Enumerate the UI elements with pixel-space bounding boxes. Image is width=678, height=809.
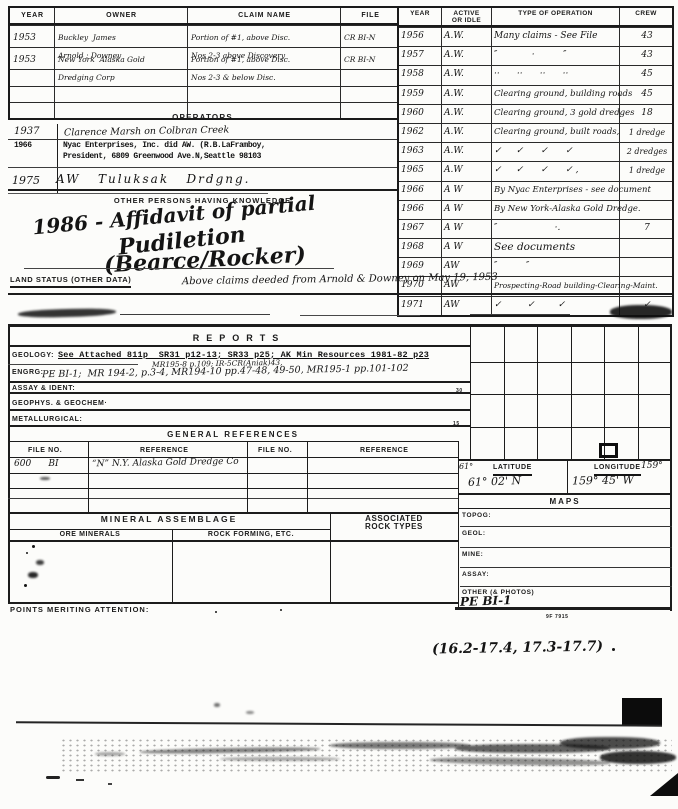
scan-artifact	[215, 611, 217, 613]
col-reference: REFERENCE	[140, 447, 189, 455]
longitude-value: 159° 45' W	[572, 473, 634, 487]
scan-artifact	[16, 721, 662, 726]
table-row: 1966A WBy Nyac Enterprises - see documen…	[399, 181, 672, 200]
status-value: A.W.	[442, 105, 491, 122]
rule	[458, 459, 672, 461]
rule	[537, 326, 538, 460]
file-value: CR BI-N	[344, 33, 375, 42]
operation-value: ✓ ✓ ✓	[492, 297, 619, 314]
scan-artifact	[120, 314, 270, 315]
rule	[460, 526, 672, 527]
scan-artifact	[32, 545, 35, 548]
rule	[460, 586, 672, 587]
rule	[330, 513, 331, 603]
col-type-of-operation: TYPE OF OPERATION	[492, 8, 620, 25]
rule	[571, 326, 572, 460]
rule	[8, 167, 397, 168]
reference-file-no: 600 BI	[14, 459, 59, 469]
rule	[460, 547, 672, 548]
rule	[458, 493, 672, 495]
scan-artifact-corner-triangle	[650, 773, 678, 796]
scan-artifact	[610, 305, 672, 319]
scan-artifact	[24, 584, 27, 587]
col-crew: CREW	[620, 8, 672, 25]
operation-value: Clearing ground, 3 gold dredges	[492, 105, 619, 122]
file-value: CR BI-N	[344, 55, 375, 64]
year-value: 1953	[13, 55, 36, 65]
operation-value: ″ · ″	[492, 47, 619, 64]
table-row: 1959A.W.Clearing ground, building roads4…	[399, 85, 672, 104]
rule	[8, 193, 268, 194]
year-value: 1956	[399, 28, 441, 45]
col-file-no: FILE NO.	[28, 447, 62, 455]
col-owner: OWNER	[55, 8, 188, 23]
checkbox-mark	[599, 443, 618, 458]
rule	[470, 427, 672, 428]
scan-artifact	[300, 315, 420, 316]
operation-value: ″ ·.	[492, 220, 619, 237]
table-row: 1953 Buckley JamesArnold ; Downey Portio…	[10, 25, 399, 47]
year-value: 1962	[399, 124, 441, 141]
table-row: 1958A.W.·· ·· ·· ··45	[399, 65, 672, 84]
operation-value: Many claims - See File	[492, 28, 619, 45]
associated-rock-types-header: ASSOCIATEDROCK TYPES	[330, 515, 458, 531]
operation-value: ″ ″	[492, 258, 619, 275]
rule	[24, 268, 334, 269]
crew-value: 45	[620, 86, 672, 103]
geology-label: GEOLOGY:	[12, 352, 54, 360]
status-value: A.W.	[442, 47, 491, 64]
rule	[8, 441, 458, 442]
rule	[460, 567, 672, 568]
table-row-empty	[10, 86, 399, 102]
year-value: 1960	[399, 105, 441, 122]
general-references-title: GENERAL REFERENCES	[8, 431, 458, 439]
crew-value: 43	[620, 28, 672, 45]
rule	[172, 529, 173, 603]
col-ore-minerals: ORE MINERALS	[8, 531, 172, 539]
scan-artifact	[220, 757, 340, 761]
rule	[8, 189, 397, 191]
rule	[8, 473, 458, 474]
col-year: YEAR	[10, 8, 55, 23]
col-rock-forming: ROCK FORMING, ETC.	[172, 531, 330, 539]
table-row: 1957A.W.″ · ″43	[399, 46, 672, 65]
scan-artifact	[280, 609, 282, 611]
claims-table: YEAR OWNER CLAIM NAME FILE 1953 Buckley …	[8, 6, 399, 120]
operation-value: By New York-Alaska Gold Dredge.	[492, 201, 619, 218]
operator-entry: Clarence Marsh on Colbran Creek	[64, 125, 229, 139]
status-value: A.W.	[442, 66, 491, 83]
rule	[458, 508, 672, 509]
col-claim-name: CLAIM NAME	[188, 8, 341, 23]
status-value: A.W.	[442, 28, 491, 45]
col-file: FILE	[341, 8, 399, 23]
table-row: 1965A.W✓ ✓ ✓ ✓ ,1 dredge	[399, 161, 672, 180]
year-value: 1965	[399, 162, 441, 179]
status-value: A.W.	[442, 86, 491, 103]
rule	[8, 324, 10, 604]
latitude-margin-note: 61°	[459, 462, 473, 471]
scan-artifact	[600, 751, 676, 764]
metallurgical-label: METALLURGICAL:	[12, 416, 82, 424]
table-row: 1953 New York Alaska GoldDredging Corp P…	[10, 47, 399, 69]
col-active-or-idle: ACTIVEOR IDLE	[442, 8, 492, 25]
table-row: 1967A W″ ·.7	[399, 219, 672, 238]
crew-value: 45	[620, 66, 672, 83]
scan-artifact	[560, 737, 660, 749]
scan-artifact	[26, 552, 28, 554]
rule	[8, 381, 470, 383]
maps-section-title: MAPS	[458, 498, 672, 506]
rule	[8, 324, 672, 327]
operation-value: Clearing ground, building roads	[492, 86, 619, 103]
mineral-assemblage-title: MINERAL ASSEMBLAGE	[8, 515, 330, 523]
year-value: 1953	[13, 33, 36, 43]
operator-year: 1937	[14, 126, 39, 137]
crew-value: 1 dredge	[620, 162, 672, 179]
scan-artifact	[108, 783, 112, 785]
rule	[8, 345, 471, 347]
scan-artifact	[330, 742, 470, 749]
scan-artifact	[28, 572, 38, 578]
rule	[8, 498, 458, 499]
rule	[247, 441, 248, 512]
rule	[8, 529, 330, 530]
rule	[504, 326, 505, 460]
rule	[88, 441, 89, 512]
table-row: 1960A.W.Clearing ground, 3 gold dredges1…	[399, 104, 672, 123]
rule	[307, 441, 308, 512]
reference-value: “N” N.Y. Alaska Gold Dredge Co	[92, 457, 239, 470]
rule	[470, 326, 471, 460]
engrg-label: ENGRG:	[12, 369, 44, 377]
status-value: A W	[442, 182, 491, 199]
operation-value: ✓ ✓ ✓ ✓ ,	[492, 162, 619, 179]
scan-artifact	[470, 314, 570, 315]
crew-value: 18	[620, 105, 672, 122]
status-value: A.W.	[442, 143, 491, 160]
col-year: YEAR	[399, 8, 442, 25]
claims-table-header: YEAR OWNER CLAIM NAME FILE	[10, 8, 399, 25]
operations-table: YEAR ACTIVEOR IDLE TYPE OF OPERATION CRE…	[397, 6, 674, 317]
crew-value: 7	[620, 220, 672, 237]
scanned-mining-record-form: YEAR OWNER CLAIM NAME FILE 1953 Buckley …	[0, 0, 678, 809]
operation-value: Clearing ground, built roads,	[492, 124, 619, 141]
rule	[638, 326, 639, 460]
rule	[8, 293, 672, 295]
engrg-value: PE BI-1; MR 194-2, p.3-4, MR194-10 pp.47…	[42, 363, 409, 380]
reports-section-title: REPORTS	[8, 334, 470, 342]
operation-value: ✓ ✓ ✓ ✓	[492, 143, 619, 160]
scan-artifact-block	[622, 698, 662, 726]
status-value: A W	[442, 220, 491, 237]
scan-artifact	[18, 308, 116, 319]
latitude-value: 61° 02' N	[468, 474, 522, 489]
rule	[8, 488, 458, 489]
year-value: 1968	[399, 239, 441, 256]
rule	[8, 364, 138, 365]
operation-value: See documents	[492, 239, 619, 256]
crew-value: 1 dredge	[620, 124, 672, 141]
status-value: A W	[442, 201, 491, 218]
scan-artifact	[246, 711, 254, 714]
form-number: 9F 7915	[546, 613, 569, 621]
rule	[8, 392, 470, 394]
operation-value: Prospecting-Road building-Clearing-Maint…	[492, 277, 619, 294]
geol-label: GEOL:	[462, 530, 486, 538]
geophys-geochem-label: GEOPHYS. & GEOCHEM·	[12, 400, 107, 408]
rule	[567, 459, 568, 494]
operations-table-header: YEAR ACTIVEOR IDLE TYPE OF OPERATION CRE…	[399, 8, 672, 27]
rule	[470, 362, 672, 363]
col-reference: REFERENCE	[360, 447, 409, 455]
rule	[8, 540, 458, 542]
year-value: 1966	[399, 201, 441, 218]
rule	[8, 139, 397, 140]
year-value: 1958	[399, 66, 441, 83]
scan-artifact	[76, 779, 84, 781]
table-row: 1968A WSee documents	[399, 238, 672, 257]
year-value: 1957	[399, 47, 441, 64]
operator-entry-line1: Nyac Enterprises, Inc. did AW. (R.B.LaFr…	[63, 141, 265, 151]
status-value: A.W.	[442, 124, 491, 141]
topog-label: TOPOG:	[462, 512, 491, 520]
points-meriting-attention-label: POINTS MERITING ATTENTION:	[10, 606, 149, 614]
mine-label: MINE:	[462, 551, 483, 559]
crew-value: 43	[620, 47, 672, 64]
operation-value: ·· ·· ·· ··	[492, 66, 619, 83]
year-value: 1959	[399, 86, 441, 103]
rule	[470, 394, 672, 395]
crew-value: 2 dredges	[620, 143, 672, 160]
rule	[8, 409, 470, 411]
longitude-margin-note: 159°	[641, 461, 663, 471]
col-file-no: FILE NO.	[258, 447, 292, 455]
table-row-empty	[10, 69, 399, 86]
operator-year: 1966	[14, 141, 32, 151]
operators-section-title: OPERATORS	[8, 114, 397, 122]
year-value: 1963	[399, 143, 441, 160]
rule	[8, 602, 458, 604]
land-status-label: LAND STATUS (OTHER DATA)	[10, 276, 131, 288]
operator-year: 1975	[12, 174, 40, 187]
scan-artifact	[46, 776, 60, 779]
scan-artifact	[95, 752, 125, 756]
rule	[604, 326, 605, 460]
scan-artifact	[40, 477, 50, 480]
table-row: 1956A.W.Many claims - See File43	[399, 27, 672, 46]
scan-artifact	[612, 648, 615, 651]
rule	[455, 607, 672, 610]
scan-artifact	[214, 703, 220, 707]
year-value: 1967	[399, 220, 441, 237]
status-value: A.W	[442, 162, 491, 179]
handwritten-bottom-note: (16.2-17.4, 17.3-17.7)	[432, 639, 603, 658]
operator-entry: AW Tuluksak Drdgng.	[56, 172, 251, 186]
operation-value: By Nyac Enterprises - see document	[492, 182, 619, 199]
table-row: 1963A.W.✓ ✓ ✓ ✓2 dredges	[399, 142, 672, 161]
assay-label: ASSAY:	[462, 571, 489, 579]
table-row: 1962A.W.Clearing ground, built roads,1 d…	[399, 123, 672, 142]
table-row: 1966A WBy New York-Alaska Gold Dredge.	[399, 200, 672, 219]
operator-entry-line2: President, 6809 Greenwood Ave.N,Seattle …	[63, 152, 261, 162]
status-value: A W	[442, 239, 491, 256]
year-value: 1971	[399, 297, 441, 314]
rule	[8, 425, 470, 427]
year-value: 1966	[399, 182, 441, 199]
status-value: AW	[442, 297, 491, 314]
scan-artifact	[36, 560, 44, 565]
